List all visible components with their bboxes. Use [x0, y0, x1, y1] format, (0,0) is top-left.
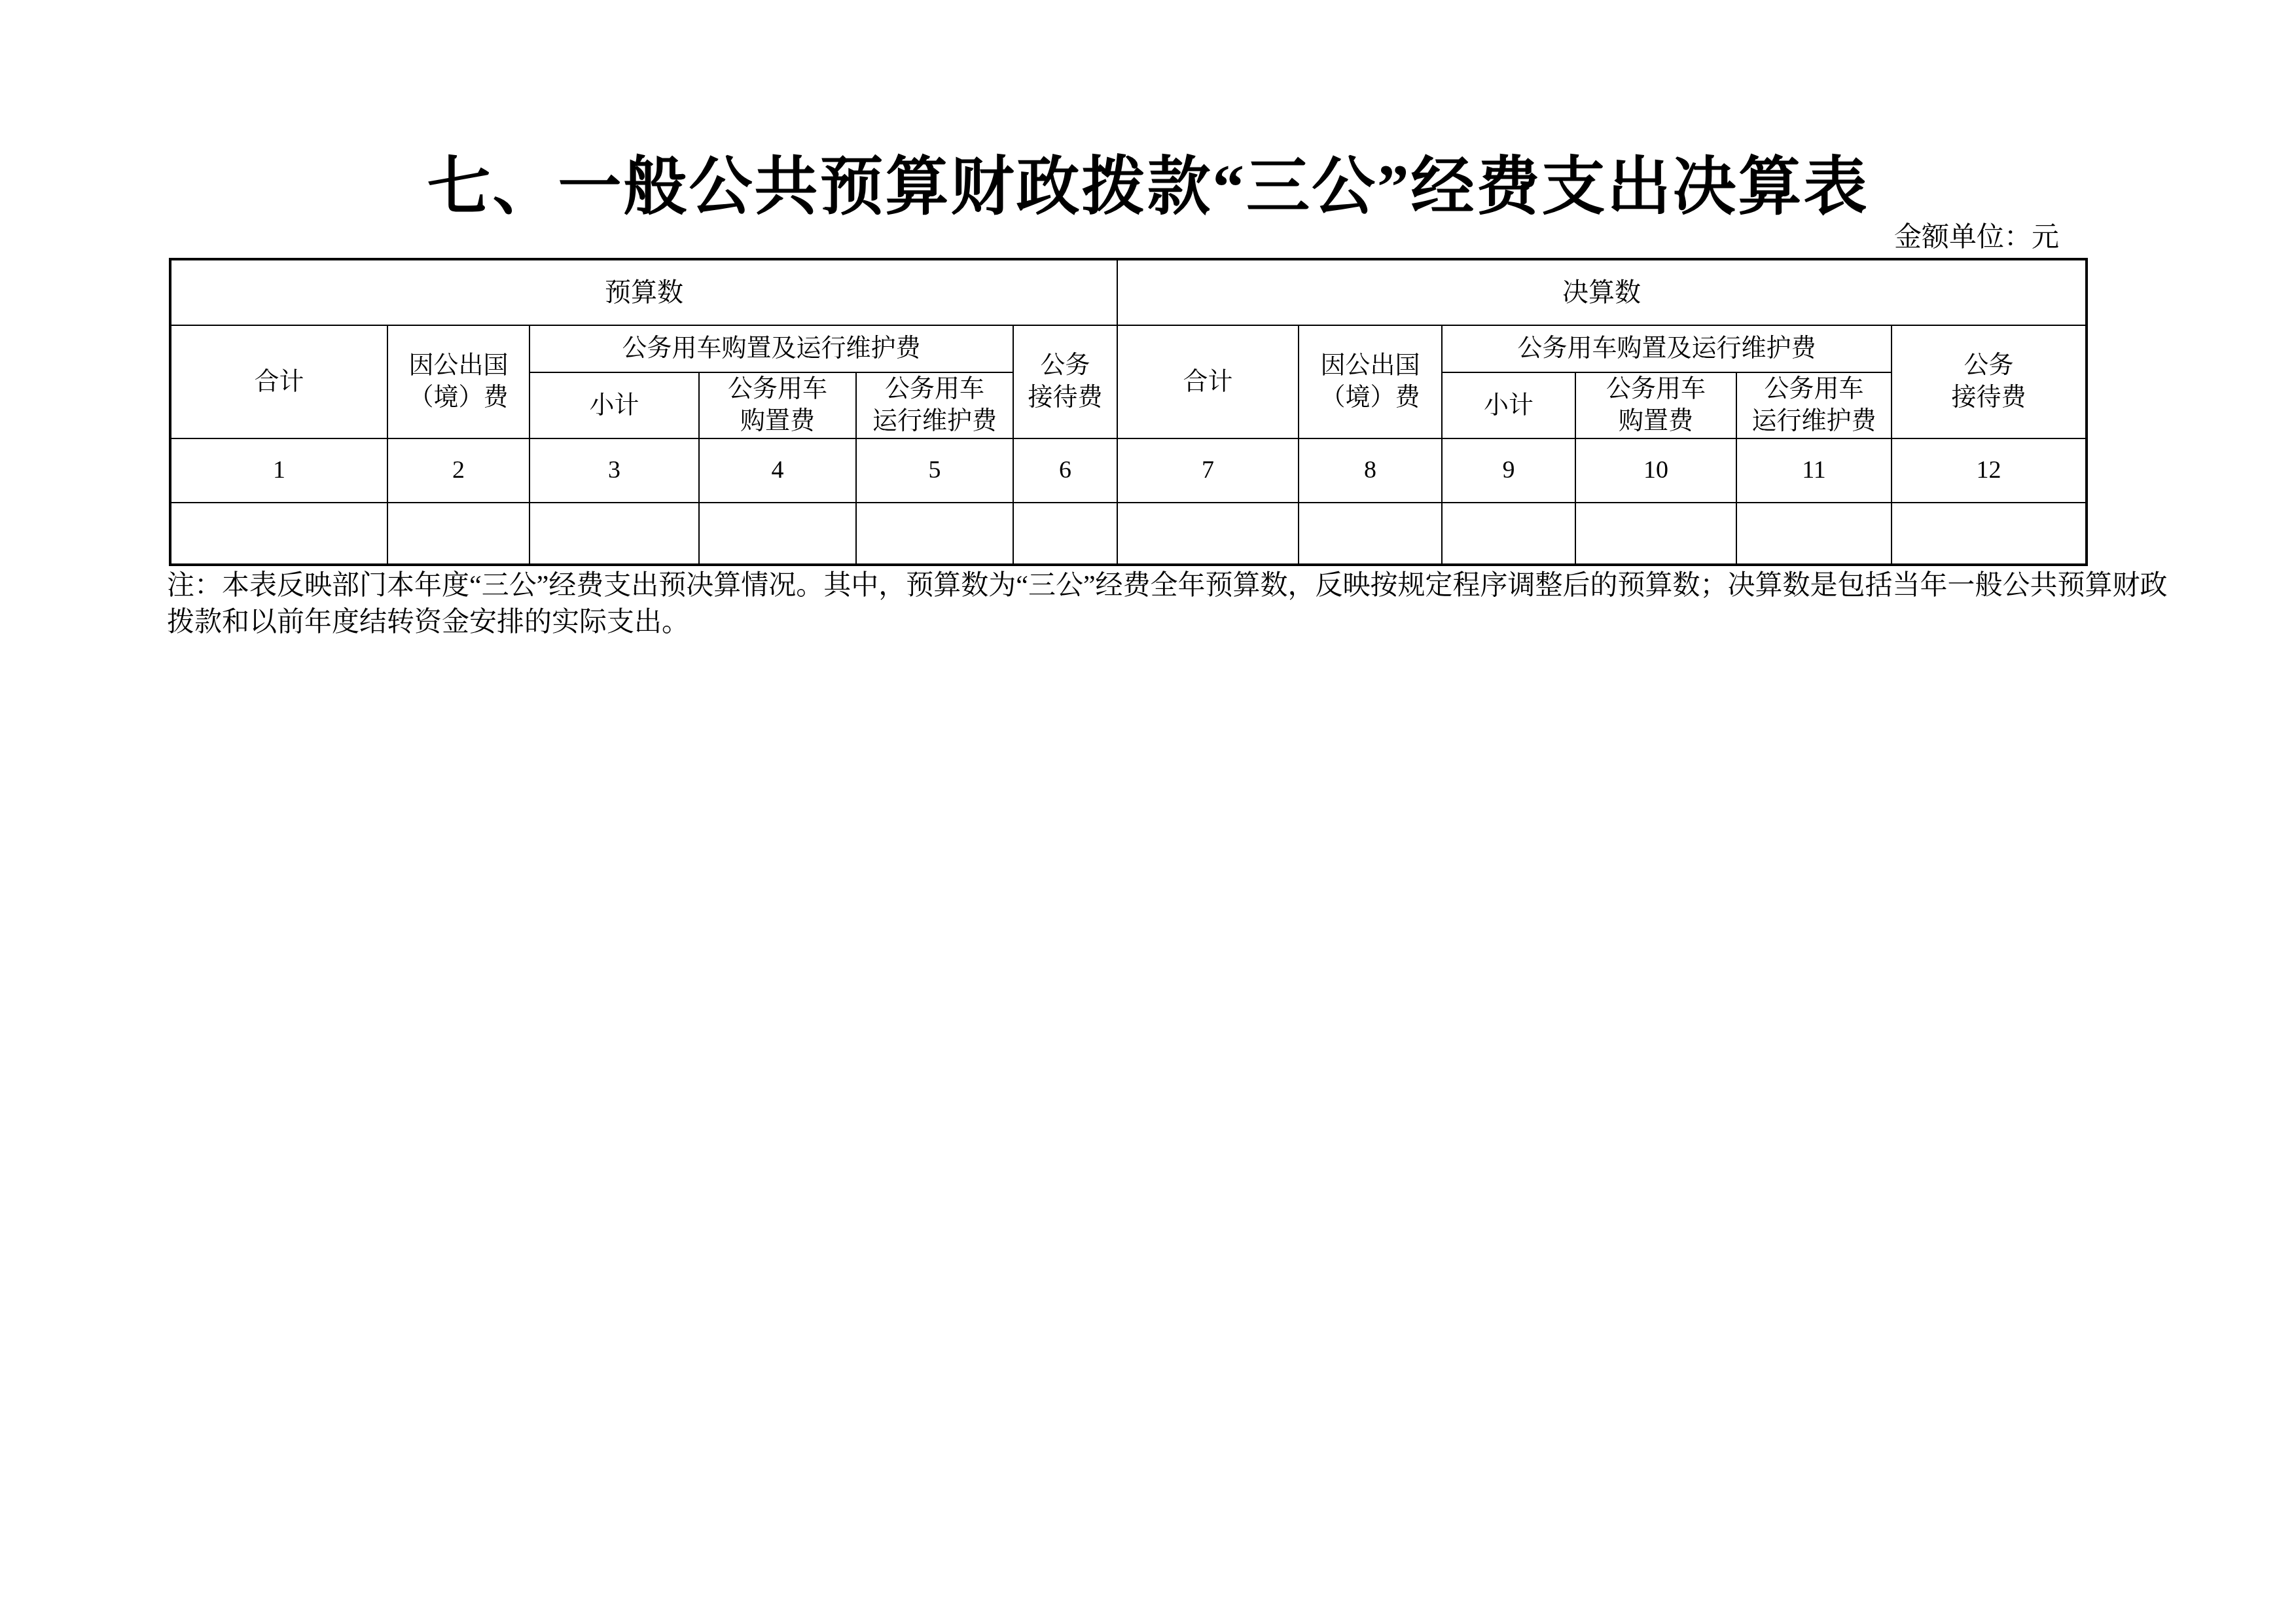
data-cell-9 [1442, 503, 1575, 565]
data-cell-6 [1013, 503, 1117, 565]
header-budget-abroad: 因公出国 （境）费 [387, 325, 529, 438]
data-cell-1 [170, 503, 387, 565]
header-final-vehicle-group: 公务用车购置及运行维护费 [1442, 325, 1892, 372]
page-title: 七、一般公共预算财政拨款“三公”经费支出决算表 [0, 135, 2296, 226]
header-final-total: 合计 [1117, 325, 1299, 438]
column-number-11: 11 [1736, 438, 1892, 503]
data-cell-11 [1736, 503, 1892, 565]
header-final-reception: 公务 接待费 [1892, 325, 2087, 438]
column-number-8: 8 [1299, 438, 1442, 503]
header-final-abroad: 因公出国 （境）费 [1299, 325, 1442, 438]
header-final-vehicle-purchase: 公务用车 购置费 [1575, 372, 1736, 438]
header-budget-total: 合计 [170, 325, 387, 438]
section-header-budget: 预算数 [170, 259, 1117, 325]
column-number-9: 9 [1442, 438, 1575, 503]
column-number-6: 6 [1013, 438, 1117, 503]
section-header-final: 决算数 [1117, 259, 2087, 325]
header-final-vehicle-maintenance: 公务用车 运行维护费 [1736, 372, 1892, 438]
column-number-5: 5 [856, 438, 1013, 503]
column-number-12: 12 [1892, 438, 2087, 503]
column-number-7: 7 [1117, 438, 1299, 503]
header-budget-vehicle-maintenance: 公务用车 运行维护费 [856, 372, 1013, 438]
header-budget-vehicle-subtotal: 小计 [529, 372, 699, 438]
column-number-1: 1 [170, 438, 387, 503]
data-cell-3 [529, 503, 699, 565]
header-budget-vehicle-purchase: 公务用车 购置费 [699, 372, 856, 438]
column-number-4: 4 [699, 438, 856, 503]
column-number-10: 10 [1575, 438, 1736, 503]
column-number-2: 2 [387, 438, 529, 503]
header-budget-reception: 公务 接待费 [1013, 325, 1117, 438]
header-budget-vehicle-group: 公务用车购置及运行维护费 [529, 325, 1013, 372]
header-final-vehicle-subtotal: 小计 [1442, 372, 1575, 438]
three-public-funds-table: 预算数 决算数 合计 因公出国 （境）费 公务用车购置及运行维护费 公务 接待费… [169, 258, 2088, 566]
data-cell-10 [1575, 503, 1736, 565]
data-cell-12 [1892, 503, 2087, 565]
data-cell-7 [1117, 503, 1299, 565]
document-page: { "page": { "title": "七、一般公共预算财政拨款“三公”经费… [0, 0, 2296, 1623]
data-cell-2 [387, 503, 529, 565]
data-cell-5 [856, 503, 1013, 565]
amount-unit-label: 金额单位：元 [169, 223, 2059, 253]
column-number-3: 3 [529, 438, 699, 503]
data-cell-8 [1299, 503, 1442, 565]
table-footnote: 注：本表反映部门本年度“三公”经费支出预决算情况。其中，预算数为“三公”经费全年… [167, 568, 2168, 641]
data-cell-4 [699, 503, 856, 565]
